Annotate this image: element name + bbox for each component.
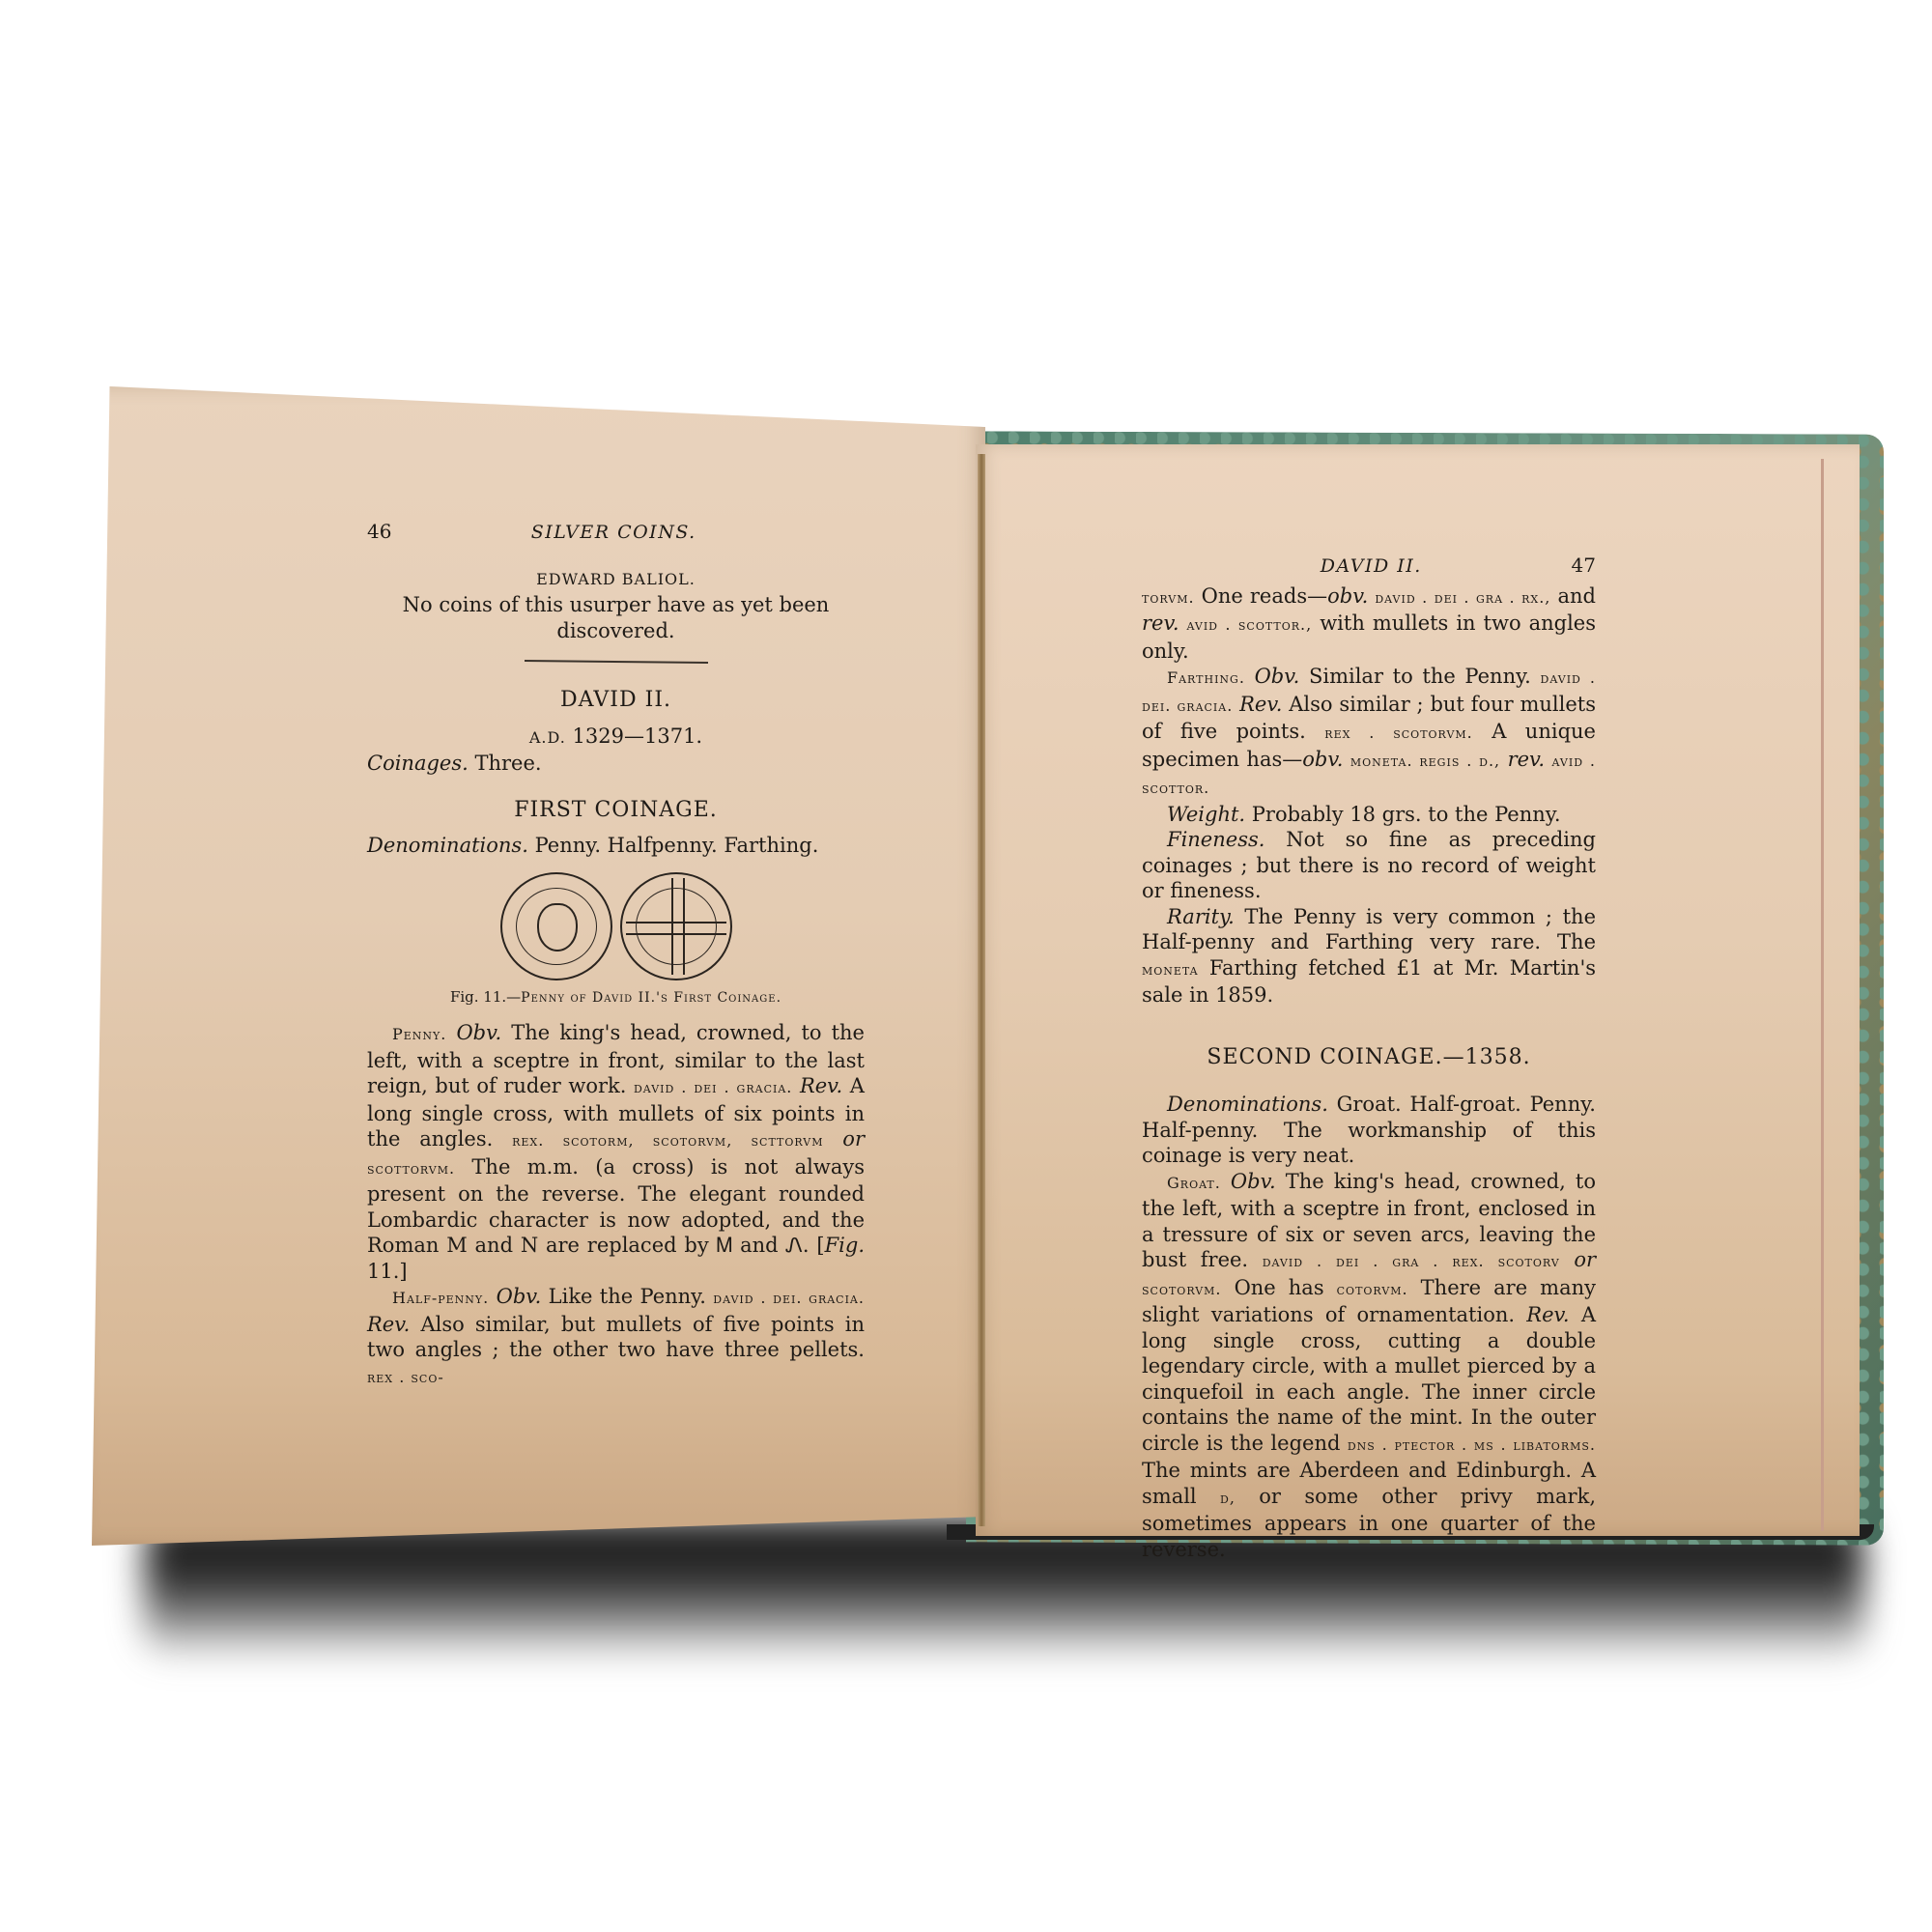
coin-figure [367, 872, 865, 980]
running-head-left: SILVER COINS. [531, 520, 696, 546]
right-page-text: DAVID II. 47 torvm. One reads—obv. david… [1142, 553, 1596, 1562]
legend: torvm. [1142, 588, 1195, 607]
obv-label: obv. [1327, 584, 1368, 608]
page-stack-edge [1821, 459, 1824, 1531]
reign-dates-prefix: A.D. [529, 728, 566, 747]
denominations-label: Denominations. [1167, 1093, 1328, 1116]
figure-caption-text: Penny of David II.'s First Coinage. [521, 990, 781, 1006]
page-number-left: 46 [367, 519, 391, 545]
king-head-icon [537, 903, 578, 952]
second-denominations-paragraph: Denominations. Groat. Half-groat. Penny.… [1142, 1092, 1596, 1169]
weight-label: Weight. [1167, 803, 1245, 826]
halfpenny-text: Like the Penny. [549, 1285, 706, 1308]
legend: david . dei . gra . rx., [1375, 588, 1550, 607]
body-text: and [1557, 584, 1596, 608]
divider-rule [524, 660, 707, 664]
fineness-label: Fineness. [1167, 828, 1264, 851]
rev-label: Rev. [1526, 1303, 1569, 1326]
left-page-text: 46 SILVER COINS. EDWARD BALIOL. No coins… [367, 519, 865, 1390]
halfpenny-text: Also similar, but mullets of five points… [367, 1313, 865, 1362]
legend: dns . ptector . ms . libatorms. [1348, 1435, 1596, 1454]
coin-obverse-illustration [500, 872, 612, 980]
section-note: No coins of this usurper have as yet bee… [367, 592, 865, 643]
running-head-right: DAVID II. [1321, 554, 1422, 580]
obv-label: Obv. [497, 1285, 542, 1308]
farthing-label: Farthing. [1167, 668, 1245, 687]
weight-paragraph: Weight. Probably 18 grs. to the Penny. [1142, 802, 1596, 828]
obv-label: Obv. [1231, 1170, 1276, 1193]
legend: avid . scottor., [1187, 615, 1313, 634]
farthing-paragraph: Farthing. Obv. Similar to the Penny. dav… [1142, 664, 1596, 802]
legend: cotorvm. [1337, 1280, 1408, 1298]
denominations-line: Denominations. Penny. Halfpenny. Farthin… [367, 833, 865, 859]
obv-label: Obv. [1255, 665, 1300, 688]
denominations-value: Penny. Halfpenny. Farthing. [535, 834, 819, 857]
fig-ref-number: 11.] [367, 1260, 408, 1283]
fig-ref: Fig. [825, 1234, 865, 1257]
body-text: One reads— [1202, 584, 1327, 608]
penny-label: Penny. [392, 1025, 446, 1043]
figure-caption: Fig. 11.—Penny of David II.'s First Coin… [367, 984, 865, 1011]
reign-title: DAVID II. [367, 688, 865, 714]
rev-label: Rev. [800, 1074, 842, 1097]
right-page-header: DAVID II. 47 [1142, 553, 1596, 580]
figure-caption-prefix: Fig. 11.— [450, 988, 521, 1006]
reign-dates: A.D. 1329—1371. [367, 724, 865, 752]
coinages-label: Coinages. [367, 752, 469, 775]
or-word: or [842, 1127, 865, 1151]
legend: moneta. regis . d., [1350, 752, 1500, 770]
rarity-label: Rarity. [1167, 905, 1235, 928]
halfpenny-label: Half-penny. [392, 1289, 489, 1307]
fig-ref-bracket: [ [816, 1234, 824, 1257]
rev-label: rev. [1142, 611, 1179, 635]
cross-icon [626, 922, 726, 935]
legend: scottorvm. [367, 1159, 455, 1178]
coinages-line: Coinages. Three. [367, 751, 865, 777]
legend: rex. scotorm, scotorvm, scttorvm [512, 1131, 823, 1150]
continuation-paragraph: torvm. One reads—obv. david . dei . gra … [1142, 583, 1596, 665]
legend: d, [1220, 1489, 1236, 1507]
rev-label: Rev. [1239, 693, 1282, 716]
groat-paragraph: Groat. Obv. The king's head, crowned, to… [1142, 1169, 1596, 1563]
body-text: Similar to the Penny. [1309, 665, 1531, 688]
rev-label: Rev. [367, 1313, 410, 1336]
legend: david . dei . gracia. [634, 1078, 792, 1096]
page-number-right: 47 [1572, 553, 1596, 579]
section-title-edward-baliol: EDWARD BALIOL. [367, 567, 865, 593]
groat-label: Groat. [1167, 1174, 1221, 1192]
weight-value: Probably 18 grs. to the Penny. [1252, 803, 1561, 826]
fineness-paragraph: Fineness. Not so fine as preceding coina… [1142, 827, 1596, 904]
legend: scotorvm. [1142, 1280, 1222, 1298]
legend: rex . sco- [367, 1368, 444, 1386]
coin-reverse-illustration [620, 872, 732, 980]
legend: david . dei . gra . rex. scotorv [1263, 1252, 1560, 1270]
left-page-header: 46 SILVER COINS. [367, 519, 865, 546]
rarity-paragraph: Rarity. The Penny is very common ; the H… [1142, 904, 1596, 1009]
legend: david . dei. gracia. [713, 1289, 865, 1307]
body-text: One has [1235, 1276, 1324, 1299]
obv-label: obv. [1302, 748, 1343, 771]
penny-paragraph: Penny. Obv. The king's head, crowned, to… [367, 1020, 865, 1284]
obv-label: Obv. [456, 1021, 501, 1044]
body-text: or some other privy mark, sometimes appe… [1142, 1485, 1596, 1561]
body-text: Farthing fetched £1 at Mr. Martin's sale… [1142, 956, 1596, 1008]
halfpenny-paragraph: Half-penny. Obv. Like the Penny. david .… [367, 1284, 865, 1390]
legend: moneta [1142, 960, 1199, 979]
coinages-value: Three. [474, 752, 541, 775]
denominations-label: Denominations. [367, 834, 528, 857]
rev-label: rev. [1508, 748, 1546, 771]
legend: rex . scotorvm. [1324, 724, 1472, 742]
book-gutter [978, 454, 985, 1526]
reign-dates-value: 1329—1371. [573, 724, 703, 748]
first-coinage-heading: FIRST COINAGE. [367, 798, 865, 824]
second-coinage-heading: SECOND COINAGE.—1358. [1142, 1045, 1596, 1071]
or-word: or [1574, 1248, 1596, 1271]
